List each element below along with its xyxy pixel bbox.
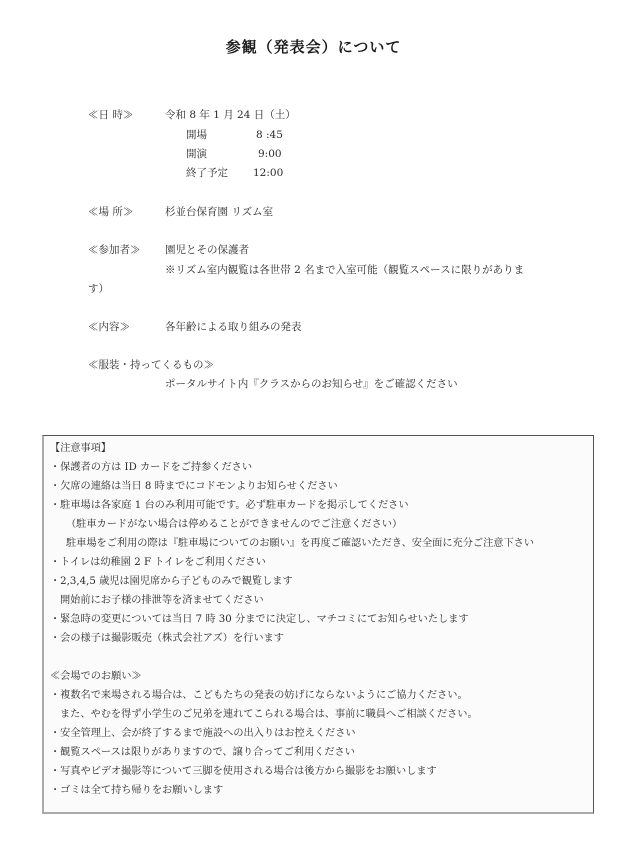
notice-item: ・駐車場は各家庭 1 台のみ利用可能です。必ず駐車カードを掲示してください	[50, 499, 409, 513]
datetime-label: ≪日 時≫	[88, 108, 133, 122]
place-label: ≪場 所≫	[88, 205, 133, 219]
request-item: ・複数名で来場される場合は、こどもたちの発表の妨げにならないようにご協力ください…	[50, 689, 468, 703]
content-label: ≪内容≫	[88, 320, 130, 334]
notice-box: 【注意事項】 ・保護者の方は ID カードをご持参ください ・欠席の連絡は当日 …	[42, 435, 594, 814]
belongings-label: ≪服装・持ってくるもの≫	[88, 358, 214, 372]
schedule-end-time: 12:00	[253, 166, 283, 180]
request-item: ・観覧スペースは限りがありますので、譲り合ってご利用ください	[50, 746, 355, 760]
schedule-end-label: 終了予定	[186, 166, 228, 180]
notice-item: ・トイレは幼稚園 2 F トイレをご利用ください	[50, 556, 266, 570]
request-item: ・安全管理上、会が終了するまで施設への出入りはお控えください	[50, 727, 356, 741]
page-title: 参観（発表会）について	[0, 36, 627, 57]
notice-item: 駐車場をご利用の際は『駐車場についてのお願い』を再度ご確認いただき、安全面に充分…	[66, 537, 534, 551]
participants-value: 園児とその保護者	[165, 243, 249, 257]
notice-item: ・緊急時の変更については当日 7 時 30 分までに決定し、マチコミにてお知らせ…	[50, 613, 469, 627]
schedule-doors-time: 8 :45	[256, 128, 283, 142]
datetime-date: 令和 8 年 1 月 24 日（土）	[165, 108, 296, 122]
request-item: また、やむを得ず小学生のご兄弟を連れてこられる場合は、事前に職員へご相談ください…	[60, 708, 478, 722]
participants-note: ※リズム室内観覧は各世帯 2 名まで入室可能（観覧スペースに限りがありま	[165, 263, 524, 277]
request-item: ・写真やビデオ撮影等について三脚を使用される場合は後方から撮影をお願いします	[50, 765, 437, 779]
participants-note-cont: す）	[88, 282, 109, 296]
participants-label: ≪参加者≫	[88, 243, 141, 257]
notices-heading: 【注意事項】	[50, 442, 111, 456]
notice-item: 開始前にお子様の排泄等を済ませてください	[60, 594, 264, 608]
requests-heading: ≪会場でのお願い≫	[50, 670, 142, 684]
place-value: 杉並台保育園 リズム室	[165, 205, 273, 219]
schedule-start-time: 9:00	[258, 147, 282, 161]
request-item: ・ゴミは全て持ち帰りをお願いします	[50, 784, 223, 798]
notice-item: ・2,3,4,5 歳児は園児席から子どものみで観覧します	[50, 575, 293, 589]
notice-item: ・保護者の方は ID カードをご持参ください	[50, 461, 252, 475]
notice-item: （駐車カードがない場合は停めることができませんのでご注意ください）	[66, 518, 402, 532]
content-value: 各年齢による取り組みの発表	[165, 320, 302, 334]
notice-item: ・欠席の連絡は当日 8 時までにコドモンよりお知らせください	[50, 480, 338, 494]
belongings-value: ポータルサイト内『クラスからのお知らせ』をご確認ください	[165, 377, 458, 391]
notice-item: ・会の様子は撮影販売（株式会社アズ）を行います	[50, 632, 284, 646]
schedule-doors-label: 開場	[186, 128, 207, 142]
schedule-start-label: 開演	[186, 147, 207, 161]
